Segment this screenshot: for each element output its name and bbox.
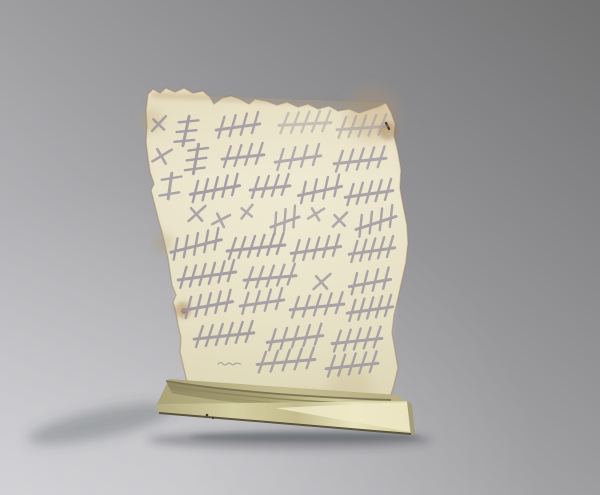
base-speck-1 xyxy=(206,414,209,417)
contact-shadow xyxy=(190,433,420,442)
sculpture-photograph xyxy=(0,0,600,495)
base-speck-2 xyxy=(212,417,214,419)
photo-stage xyxy=(0,0,600,495)
